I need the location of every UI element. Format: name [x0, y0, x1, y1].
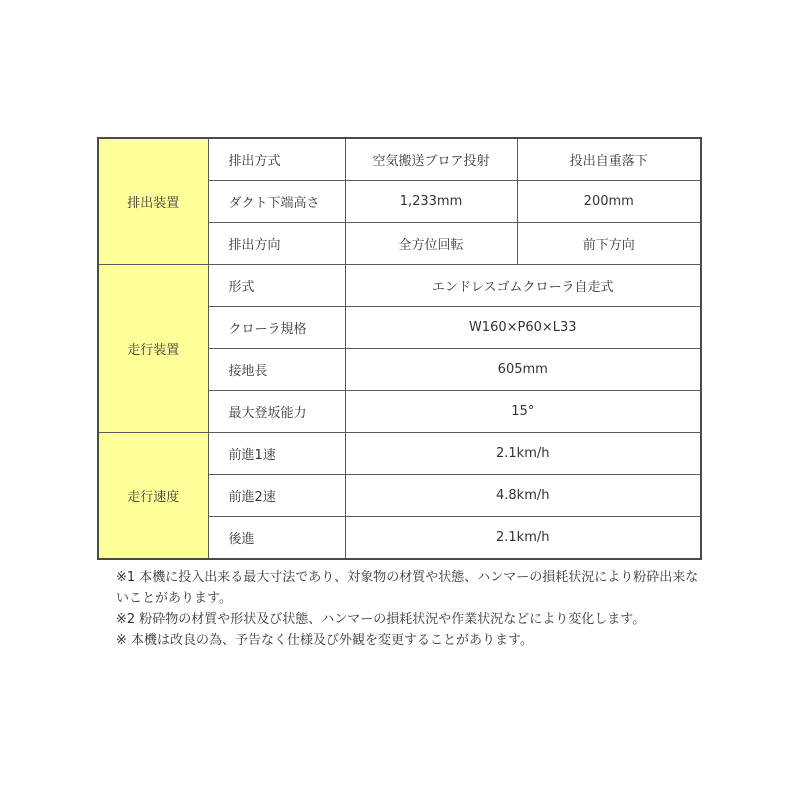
value-cell: W160×P60×L33 [345, 307, 701, 349]
item-label: 後進 [208, 517, 345, 560]
item-label: 前進2速 [208, 475, 345, 517]
item-label: クローラ規格 [208, 307, 345, 349]
value-cell: 15° [345, 391, 701, 433]
item-label: 形式 [208, 265, 345, 307]
item-label: 排出方向 [208, 223, 345, 265]
value-cell: 605mm [345, 349, 701, 391]
category-cell: 走行速度 [98, 433, 208, 560]
item-label: 前進1速 [208, 433, 345, 475]
value-cell: エンドレスゴムクローラ自走式 [345, 265, 701, 307]
spec-table: 排出装置 排出方式 空気搬送ブロア投射 投出自重落下 ダクト下端高さ 1,233… [97, 137, 702, 560]
value-cell: 1,233mm [345, 181, 517, 223]
value-cell: 4.8km/h [345, 475, 701, 517]
value-cell: 200mm [517, 181, 701, 223]
item-label: 最大登坂能力 [208, 391, 345, 433]
category-cell: 排出装置 [98, 138, 208, 265]
footnote-2: ※2 粉砕物の材質や形状及び状態、ハンマーの損耗状況や作業状況などにより変化しま… [116, 609, 706, 630]
value-cell: 空気搬送ブロア投射 [345, 138, 517, 181]
value-cell: 前下方向 [517, 223, 701, 265]
footnotes: ※1 本機に投入出来る最大寸法であり、対象物の材質や状態、ハンマーの損耗状況によ… [116, 567, 706, 651]
table-row: 走行装置 形式 エンドレスゴムクローラ自走式 [98, 265, 701, 307]
footnote-3: ※ 本機は改良の為、予告なく仕様及び外観を変更することがあります。 [116, 630, 706, 651]
item-label: ダクト下端高さ [208, 181, 345, 223]
table-row: 排出装置 排出方式 空気搬送ブロア投射 投出自重落下 [98, 138, 701, 181]
item-label: 排出方式 [208, 138, 345, 181]
item-label: 接地長 [208, 349, 345, 391]
footnote-1: ※1 本機に投入出来る最大寸法であり、対象物の材質や状態、ハンマーの損耗状況によ… [116, 567, 706, 609]
table-row: 走行速度 前進1速 2.1km/h [98, 433, 701, 475]
value-cell: 2.1km/h [345, 433, 701, 475]
value-cell: 全方位回転 [345, 223, 517, 265]
value-cell: 投出自重落下 [517, 138, 701, 181]
value-cell: 2.1km/h [345, 517, 701, 560]
category-cell: 走行装置 [98, 265, 208, 433]
